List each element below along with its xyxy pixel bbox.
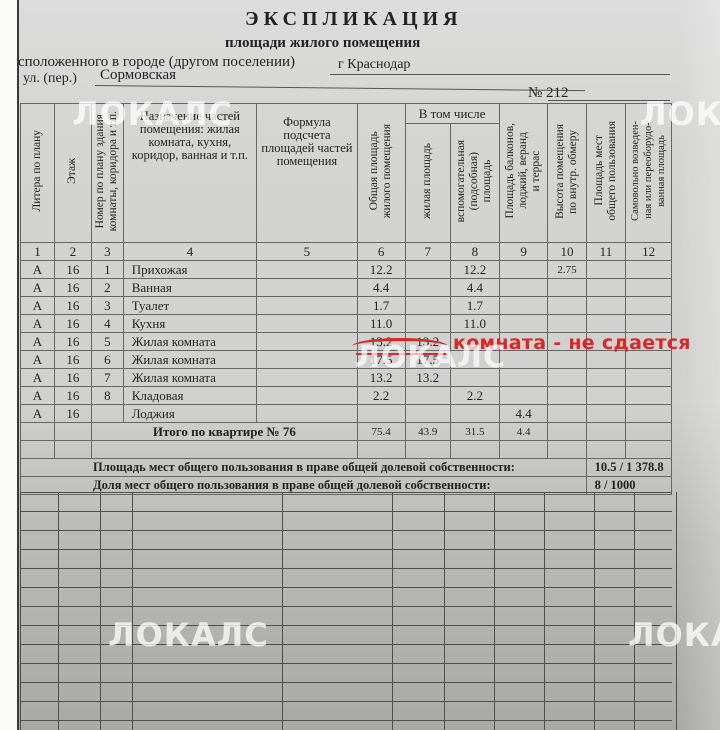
cell-name: Кухня [123,315,256,333]
header-living-area: жилая площадь [405,123,450,242]
header-total-area: Общая площадь жилого помещения [357,104,405,243]
cell-name: Прихожая [123,261,256,279]
cell-height [548,405,586,423]
cell-common [586,315,626,333]
cell-floor: 16 [54,261,91,279]
column-numbers-row: 123456789101112 [21,243,672,261]
cell-balcony [499,297,548,315]
cell-living [405,279,450,297]
cell-aux: 4.4 [450,279,499,297]
column-number: 3 [91,243,123,261]
cell-floor: 16 [54,279,91,297]
column-number: 10 [548,243,586,261]
cell-num: 8 [91,387,123,405]
cell-height [548,297,586,315]
cell-floor: 16 [54,351,91,369]
cell-common [586,405,626,423]
cell-num: 6 [91,351,123,369]
cell-common [586,297,626,315]
cell-aux [450,405,499,423]
document-title: ЭКСПЛИКАЦИЯ [245,8,463,31]
cell-num [91,405,123,423]
cell-balcony [499,315,548,333]
watermark: ЛОКАЛС [108,616,269,654]
cell-living [405,315,450,333]
column-number: 8 [450,243,499,261]
table-row: А162Ванная4.44.4 [21,279,672,297]
cell-formula [257,351,358,369]
totals-aux: 31.5 [450,423,499,441]
column-number: 1 [21,243,55,261]
explication-table: Литера по плану Этаж Номер по плану здан… [20,103,672,495]
cell-height [548,387,586,405]
city-value: г Краснодар [338,57,410,73]
cell-litera: А [21,279,55,297]
cell-num: 5 [91,333,123,351]
cell-unauth [626,315,672,333]
cell-formula [257,297,358,315]
cell-unauth [626,405,672,423]
cell-height [548,369,586,387]
column-number: 2 [54,243,91,261]
header-common-area: Площадь мест общего пользования [586,104,626,243]
cell-balcony [499,369,548,387]
cell-litera: А [21,315,55,333]
cell-litera: А [21,333,55,351]
street-value: Сормовская [100,67,176,84]
cell-balcony [499,387,548,405]
cell-name: Жилая комната [123,333,256,351]
watermark: ЛОКАЛС [628,616,720,654]
cell-name: Туалет [123,297,256,315]
cell-height [548,279,586,297]
common-area-row: Площадь мест общего пользования в праве … [21,459,672,477]
cell-height [548,315,586,333]
column-number: 12 [626,243,672,261]
cell-height: 2.75 [548,261,586,279]
cell-common [586,387,626,405]
table-row: А161Прихожая12.212.22.75 [21,261,672,279]
cell-aux: 2.2 [450,387,499,405]
cell-litera: А [21,369,55,387]
table-row: А167Жилая комната13.213.2 [21,369,672,387]
totals-total: 75.4 [357,423,405,441]
column-number: 4 [123,243,256,261]
table-row: А168Кладовая2.22.2 [21,387,672,405]
header-group-including: В том числе [405,104,499,124]
totals-living: 43.9 [405,423,450,441]
cell-name: Жилая комната [123,351,256,369]
watermark: ЛОКАЛС [72,95,233,133]
header-height: Высота помещения по внутр. обмеру [548,104,586,243]
cell-balcony: 4.4 [499,405,548,423]
cell-total: 2.2 [357,387,405,405]
cell-litera: А [21,297,55,315]
table-row: А16Лоджия4.4 [21,405,672,423]
cell-name: Жилая комната [123,369,256,387]
cell-litera: А [21,387,55,405]
header-formula: Формула подсчета площадей частей помещен… [257,104,358,243]
cell-total: 1.7 [357,297,405,315]
column-number: 9 [499,243,548,261]
table-row: А163Туалет1.71.7 [21,297,672,315]
cell-living [405,261,450,279]
cell-living [405,297,450,315]
cell-formula [257,315,358,333]
cell-num: 3 [91,297,123,315]
column-number: 5 [257,243,358,261]
cell-total: 11.0 [357,315,405,333]
cell-total: 12.2 [357,261,405,279]
common-area-value: 10.5 / 1 378.8 [586,459,671,477]
header-balcony-area: Площадь балконов, лоджий, веранд и терра… [499,104,548,243]
table-row: А164Кухня11.011.0 [21,315,672,333]
cell-floor: 16 [54,333,91,351]
cell-num: 2 [91,279,123,297]
totals-row: Итого по квартире № 76 75.4 43.9 31.5 4.… [21,423,672,441]
header-litera: Литера по плану [21,104,55,243]
cell-name: Лоджия [123,405,256,423]
cell-aux: 1.7 [450,297,499,315]
cell-formula [257,387,358,405]
cell-name: Кладовая [123,387,256,405]
cell-floor: 16 [54,297,91,315]
column-number: 7 [405,243,450,261]
cell-formula [257,405,358,423]
cell-living [405,387,450,405]
column-number: 11 [586,243,626,261]
header-aux-area: вспомогательная (подсобная) площадь [450,123,499,242]
cell-aux: 12.2 [450,261,499,279]
cell-unauth [626,387,672,405]
cell-common [586,369,626,387]
cell-formula [257,333,358,351]
page-margin [0,0,18,730]
cell-total: 4.4 [357,279,405,297]
cell-unauth [626,297,672,315]
cell-aux: 11.0 [450,315,499,333]
cell-num: 1 [91,261,123,279]
cell-litera: А [21,405,55,423]
cell-floor: 16 [54,369,91,387]
cell-formula [257,369,358,387]
street-label: ул. (пер.) [23,71,77,87]
document-subtitle: площади жилого помещения [225,35,420,52]
cell-num: 7 [91,369,123,387]
cell-litera: А [21,261,55,279]
cell-formula [257,279,358,297]
totals-label: Итого по квартире № 76 [91,423,357,441]
cell-floor: 16 [54,315,91,333]
cell-common [586,261,626,279]
cell-floor: 16 [54,405,91,423]
column-number: 6 [357,243,405,261]
cell-living [405,405,450,423]
cell-floor: 16 [54,387,91,405]
cell-litera: А [21,351,55,369]
empty-ruled-grid [20,492,672,730]
watermark: ЛОКАЛС [355,340,506,375]
cell-total [357,405,405,423]
cell-unauth [626,369,672,387]
city-underline [330,74,670,75]
watermark: ЛОКАЛС [640,95,720,133]
cell-unauth [626,261,672,279]
cell-name: Ванная [123,279,256,297]
cell-balcony [499,279,548,297]
cell-unauth [626,279,672,297]
cell-num: 4 [91,315,123,333]
cell-common [586,279,626,297]
cell-balcony [499,261,548,279]
cell-formula [257,261,358,279]
totals-balcony: 4.4 [499,423,548,441]
common-area-label: Площадь мест общего пользования в праве … [21,459,587,477]
